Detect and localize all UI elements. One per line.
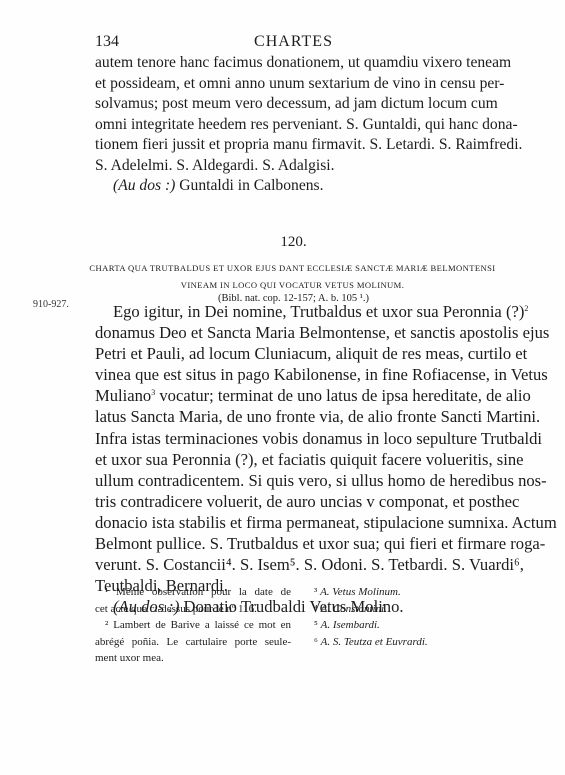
line-text: vocatur; terminat de uno latus de ipsa h…	[155, 386, 531, 405]
footnote-ref[interactable]: 2	[524, 304, 528, 313]
footnote-item: ⁴ A. Constantini.	[314, 601, 514, 618]
title-line: VINEAM IN LOCO QUI VOCATUR VETUS MOLINUM…	[70, 277, 515, 294]
footnote-text: A. Constantini.	[321, 603, 387, 615]
footnote-item: ⁵ A. Isembardi.	[314, 617, 514, 634]
footnote-item: ⁶ A. S. Teutza et Euvrardi.	[314, 634, 514, 651]
previous-charter-continuation: autem tenore hanc facimus donationem, ut…	[95, 53, 492, 197]
footnote-line: abrégé poñia. Le cartulaire porte seule-	[95, 634, 291, 651]
footnotes-right: ³ A. Vetus Molinum. ⁴ A. Constantini. ⁵ …	[314, 584, 514, 650]
footnote-text: A. S. Teutza et Euvrardi.	[321, 636, 428, 648]
line-text: Ego igitur, in Dei nomine, Trutbaldus et…	[113, 302, 524, 321]
footnote-number: ⁵	[314, 619, 318, 631]
text-line: S. Adelelmi. S. Aldegardi. S. Adalgisi.	[95, 156, 492, 177]
document-page: 134 CHARTES autem tenore hanc facimus do…	[0, 0, 565, 775]
text-line: donacio ista stabilis et firma permaneat…	[95, 512, 492, 533]
text-line: ullum contradicentem. Si quis vero, si u…	[95, 470, 492, 491]
endorsement: (Au dos :) Guntaldi in Calbonens.	[95, 176, 492, 197]
title-line: CHARTA QUA TRUTBALDUS ET UXOR EJUS DANT …	[70, 260, 515, 277]
page-header: 134 CHARTES	[95, 33, 492, 53]
text-line: omni integritate heedem res perveniant. …	[95, 115, 492, 136]
footnote-number: ³	[314, 586, 317, 598]
footnote-line: ment uxor mea.	[95, 650, 291, 667]
footnote-number: ⁴	[314, 603, 318, 615]
endorsement-text: Guntaldi in Calbonens.	[175, 177, 323, 194]
text-line: et possideam, et omni anno unum sextariu…	[95, 74, 492, 95]
charter-title: CHARTA QUA TRUTBALDUS ET UXOR EJUS DANT …	[70, 260, 515, 294]
charter-number: 120.	[95, 234, 492, 251]
endorsement-label: (Au dos :)	[113, 177, 175, 194]
footnote-item: ³ A. Vetus Molinum.	[314, 584, 514, 601]
footnote-line: ² Lambert de Barive a laissé ce mot en	[95, 617, 291, 634]
running-head: CHARTES	[95, 33, 492, 51]
footnote-line: ¹ Même observation pour la date de	[95, 584, 291, 601]
text-line: tionem fieri jussit et propria manu firm…	[95, 135, 492, 156]
line-text: Muliano	[95, 386, 151, 405]
charter-body: Ego igitur, in Dei nomine, Trutbaldus et…	[95, 301, 492, 617]
footnote-line: cet acte que ci-dessus pour le nº 116.	[95, 601, 291, 618]
footnote-text: A. Isembardi.	[321, 619, 380, 631]
text-line: solvamus; post meum vero decessum, ad ja…	[95, 94, 492, 115]
text-line: verunt. S. Costancii⁴. S. Isem⁵. S. Odon…	[95, 554, 492, 575]
text-line: latus Sancta Maria, de uno fronte via, d…	[95, 406, 492, 427]
text-line: Muliano3 vocatur; terminat de uno latus …	[95, 385, 492, 406]
text-line: vinea que est situs in pago Kabilonense,…	[95, 364, 492, 385]
footnote-number: ⁶	[314, 636, 318, 648]
text-line: Belmont pullice. S. Trutbaldus et uxor s…	[95, 533, 492, 554]
text-line: donamus Deo et Sancta Maria Belmontense,…	[95, 322, 492, 343]
text-line: Ego igitur, in Dei nomine, Trutbaldus et…	[95, 301, 492, 322]
footnote-text: A. Vetus Molinum.	[320, 586, 401, 598]
footnotes-left: ¹ Même observation pour la date de cet a…	[95, 584, 291, 667]
text-line: tris contradicere voluerit, de auro unci…	[95, 491, 492, 512]
text-line: autem tenore hanc facimus donationem, ut…	[95, 53, 492, 74]
margin-date: 910-927.	[33, 299, 69, 310]
text-line: Petri et Pauli, ad locum Cluniacum, aliq…	[95, 343, 492, 364]
text-line: Infra istas terminaciones vobis donamus …	[95, 428, 492, 449]
text-line: et uxor sua Peronnia (?), et faciatis qu…	[95, 449, 492, 470]
